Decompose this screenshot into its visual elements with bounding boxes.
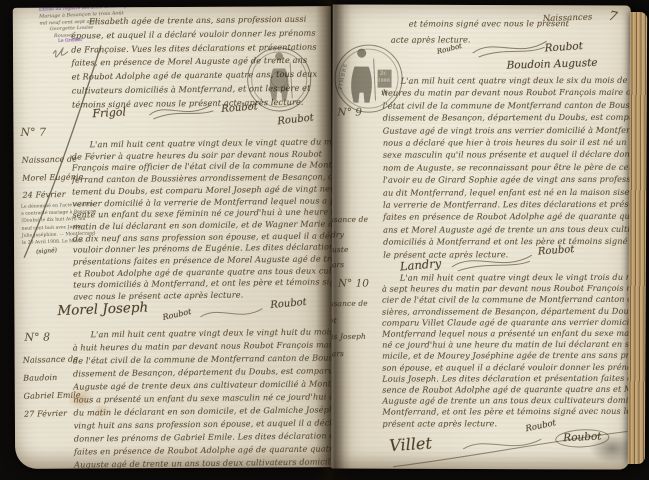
hw-line: Naissance de [23, 350, 80, 369]
hw-line: Villet [331, 312, 368, 329]
hw-line: Baudoin [23, 368, 80, 387]
hw-line: nom de Auguste, se reconnaissant pour êt… [383, 161, 629, 174]
hw-line: L'an mil huit cent quatre vingt deux le … [383, 74, 629, 87]
right-page: Naissances 7 et témoins signé avec nous … [331, 4, 631, 469]
hw-line: ans et Morel Auguste agé de trente un an… [383, 223, 629, 236]
pen-stroke [331, 416, 629, 469]
act-number: N° 8 [24, 331, 50, 344]
hw-line: Louis Joseph. Les dites déclaration et p… [382, 373, 628, 385]
hw-line: Auguste agé de trente un ans tous deux c… [74, 455, 332, 468]
act-number: N° 7 [20, 126, 46, 139]
hw-line: son épouse, et auquel il a déclaré voulo… [382, 361, 628, 373]
signature-roubot: Roubot [544, 40, 583, 55]
hw-line: 4 Mars [331, 345, 368, 362]
signature-roubot: Roubot [162, 307, 192, 322]
page-edge-stack [628, 12, 647, 464]
act-8-text: L'an mil huit cent quatre vingt deux le … [72, 325, 332, 468]
hw-line: cier de l'état civil de la commune de Mo… [382, 294, 628, 306]
hw-line: Naissance de [331, 296, 368, 313]
hw-line: sence de Roubot Adolphe agé de quarante … [382, 384, 628, 396]
hw-line: 4 Mars [331, 257, 369, 273]
hw-line: domiciliés à Montferrand et ont les père… [383, 235, 629, 248]
left-page: Extrait du registre des actes de mariage… [13, 6, 333, 469]
signature-morel-joseph: Morel Joseph [57, 300, 148, 320]
signature-flourish [469, 33, 551, 61]
hw-line: Auguste [331, 242, 368, 258]
hw-line: la verrerie de Montferrand. Les dites dé… [383, 198, 629, 211]
hw-line: sexe masculin qu'il nous présente et auq… [383, 148, 629, 161]
hw-line: Auguste agé de trente un ans tous deux c… [382, 395, 628, 407]
margin-note-act9: Naissance deLandryAuguste4 Mars [331, 212, 369, 273]
act-number: N° 9 [337, 106, 362, 118]
hw-line: au dit Montferrand, lequel enfant est né… [383, 185, 629, 198]
hw-line: à sept heures du matin par devant nous R… [382, 283, 628, 295]
hw-line: l'avoir eu de Girard Sophie agée de ving… [383, 173, 629, 186]
hw-line: comparu Villet Claude agé de quarante an… [382, 317, 628, 329]
hw-line: Gustave agé de vingt trois ans verrier d… [383, 123, 629, 136]
hw-line: sières, arrondissement de Besançon, dépa… [382, 305, 628, 317]
hw-line: l'état civil de la commune de Montferran… [383, 99, 629, 112]
hw-line: nous a déclaré que hier à trois heures d… [383, 136, 629, 149]
signature-roubot: Roubot [270, 297, 307, 311]
hw-line: Naissance de [331, 212, 368, 228]
hw-line: L'an mil huit cent quatre vingt deux le … [382, 272, 628, 284]
hw-line: Montferrand lequel nous a présenté un en… [382, 328, 628, 340]
act-9-text: L'an mil huit cent quatre vingt deux le … [383, 74, 630, 261]
hw-line: né ce jourd'hui à une heure du matin de … [382, 339, 628, 351]
margin-note-act10: Naissance deVilletLouis Joseph4 Mars [331, 296, 368, 363]
signature-flourish [196, 303, 266, 325]
allegorical-figure-icon [248, 48, 310, 110]
signature-boudoin-auguste: Boudoin Auguste [506, 57, 597, 72]
hw-line: heures du matin par devant nous Roubot F… [383, 86, 629, 99]
act-10-text: L'an mil huit cent quatre vingt deux le … [382, 272, 629, 430]
hw-line: et témoins signé avec nous le présent [391, 16, 631, 32]
hw-line: micile, et de Mourey Joséphine agée de t… [382, 350, 628, 362]
hw-line: Louis Joseph [331, 329, 368, 346]
signature-roubot: Roubot [277, 112, 314, 127]
register-photo: Extrait du registre des actes de mariage… [0, 0, 649, 480]
hw-line: dissement de Besançon, département du Do… [383, 111, 629, 124]
hw-line: faites en présence de Roubot Adolphe agé… [383, 210, 629, 223]
revenue-stamp [247, 47, 311, 111]
signature-landry: Landry [399, 256, 441, 273]
signature-frigol: Frigol [92, 105, 126, 120]
signature-flourish [145, 99, 217, 123]
hw-line: Landry [331, 227, 368, 243]
act-7-text: L'an mil huit cent quatre vingt deux le … [71, 136, 329, 303]
act-number: N° 10 [338, 278, 369, 290]
